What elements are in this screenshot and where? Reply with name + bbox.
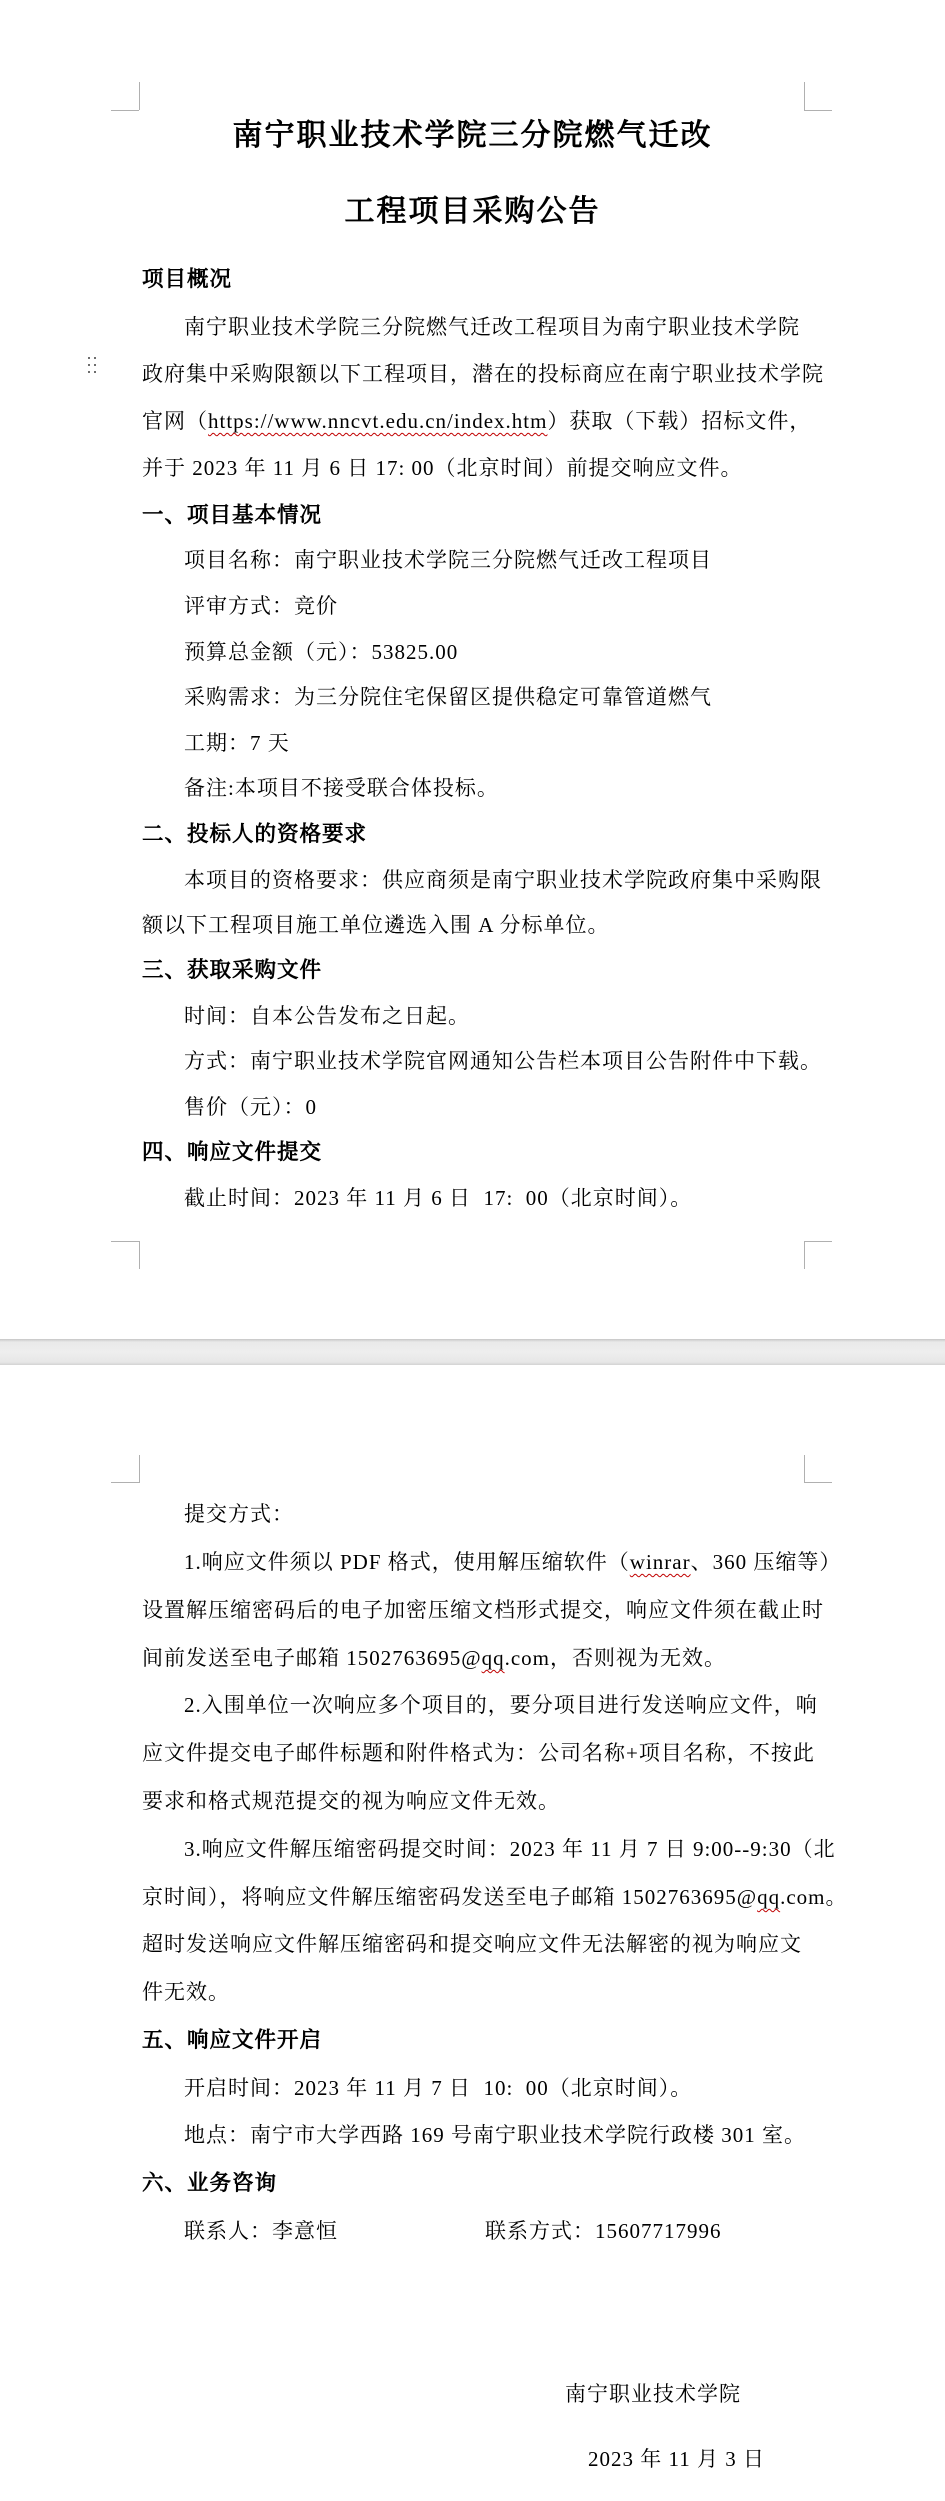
body-line: 应文件提交电子邮件标题和附件格式为：公司名称+项目名称，不按此 — [142, 1739, 815, 1767]
body-line: 并于 2023 年 11 月 6 日 17: 00（北京时间）前提交响应文件。 — [142, 454, 743, 482]
section-heading-overview: 项目概况 — [142, 265, 232, 293]
margin-corner-mark — [804, 82, 805, 110]
body-line: 超时发送响应文件解压缩密码和提交响应文件无法解密的视为响应文 — [142, 1930, 802, 1958]
body-line: 南宁职业技术学院三分院燃气迁改工程项目为南宁职业技术学院 — [184, 313, 800, 341]
margin-corner-mark — [111, 1241, 139, 1242]
item-procurement-demand: 采购需求：为三分院住宅保留区提供稳定可靠管道燃气 — [184, 683, 712, 711]
body-line: 本项目的资格要求：供应商须是南宁职业技术学院政府集中采购限 — [184, 866, 822, 894]
margin-corner-mark — [139, 1455, 140, 1483]
submit-method-label: 提交方式： — [184, 1500, 294, 1528]
doc-title-line1: 南宁职业技术学院三分院燃气迁改 — [0, 122, 945, 150]
margin-corner-mark — [804, 1455, 805, 1483]
margin-corner-mark — [804, 1241, 805, 1269]
paragraph-drag-handle-icon[interactable] — [88, 357, 96, 373]
text-segment: 1.响应文件须以 PDF 格式，使用解压缩软件（ — [184, 1550, 630, 1574]
body-line: 1.响应文件须以 PDF 格式，使用解压缩软件（winrar、360 压缩等） — [184, 1548, 841, 1576]
section-heading-4: 四、响应文件提交 — [142, 1138, 322, 1166]
item-open-time: 开启时间：2023 年 11 月 7 日 10: 00（北京时间）。 — [184, 2074, 692, 2102]
text-segment: .com，否则视为无效。 — [505, 1646, 726, 1670]
item-location: 地点：南宁市大学西路 169 号南宁职业技术学院行政楼 301 室。 — [184, 2121, 806, 2149]
section-heading-1: 一、项目基本情况 — [142, 501, 322, 529]
body-line: 3.响应文件解压缩密码提交时间：2023 年 11 月 7 日 9:00--9:… — [184, 1835, 836, 1863]
document-viewport: 南宁职业技术学院三分院燃气迁改 工程项目采购公告 项目概况 南宁职业技术学院三分… — [0, 0, 945, 2501]
text-segment: 间前发送至电子邮箱 1502763695@ — [142, 1646, 482, 1670]
section-heading-3: 三、获取采购文件 — [142, 956, 322, 984]
url-text: https://www.nncvt.edu.cn/index.htm — [208, 409, 547, 433]
item-review-method: 评审方式：竞价 — [184, 592, 338, 620]
body-line: 京时间），将响应文件解压缩密码发送至电子邮箱 1502763695@qq.com… — [142, 1883, 848, 1911]
text-segment: 、360 压缩等） — [691, 1550, 842, 1574]
section-heading-2: 二、投标人的资格要求 — [142, 820, 367, 848]
margin-corner-mark — [804, 1482, 832, 1483]
contact-person: 联系人：李意恒 — [184, 2217, 338, 2245]
body-line: 件无效。 — [142, 1978, 230, 2006]
spellcheck-word: winrar — [630, 1550, 691, 1574]
section-heading-6: 六、业务咨询 — [142, 2169, 277, 2197]
body-line: 设置解压缩密码后的电子加密压缩文档形式提交，响应文件须在截止时 — [142, 1596, 824, 1624]
doc-title-line2: 工程项目采购公告 — [0, 198, 945, 226]
section-heading-5: 五、响应文件开启 — [142, 2026, 322, 2054]
signature-org: 南宁职业技术学院 — [565, 2380, 741, 2408]
margin-corner-mark — [804, 1241, 832, 1242]
item-duration: 工期：7 天 — [184, 729, 290, 757]
item-time: 时间：自本公告发布之日起。 — [184, 1002, 470, 1030]
margin-corner-mark — [111, 1482, 139, 1483]
body-line: 官网（https://www.nncvt.edu.cn/index.htm）获取… — [142, 407, 811, 435]
item-price: 售价（元）：0 — [184, 1093, 317, 1121]
body-line: 政府集中采购限额以下工程项目，潜在的投标商应在南宁职业技术学院 — [142, 360, 824, 388]
margin-corner-mark — [111, 110, 139, 111]
spellcheck-word: qq — [757, 1885, 780, 1909]
item-budget: 预算总金额（元）：53825.00 — [184, 638, 458, 666]
item-remark: 备注:本项目不接受联合体投标。 — [184, 774, 499, 802]
page-separator — [0, 1339, 945, 1365]
body-line: 间前发送至电子邮箱 1502763695@qq.com，否则视为无效。 — [142, 1644, 726, 1672]
item-project-name: 项目名称：南宁职业技术学院三分院燃气迁改工程项目 — [184, 546, 712, 574]
text-segment: 京时间），将响应文件解压缩密码发送至电子邮箱 1502763695@ — [142, 1885, 757, 1909]
text-segment: ）获取（下载）招标文件， — [547, 409, 811, 433]
contact-phone: 联系方式：15607717996 — [485, 2217, 722, 2245]
text-segment: .com。 — [780, 1885, 847, 1909]
margin-corner-mark — [139, 82, 140, 110]
spellcheck-word: qq — [482, 1646, 505, 1670]
margin-corner-mark — [804, 110, 832, 111]
item-deadline: 截止时间：2023 年 11 月 6 日 17: 00（北京时间）。 — [184, 1184, 692, 1212]
margin-corner-mark — [139, 1241, 140, 1269]
signature-date: 2023 年 11 月 3 日 — [588, 2445, 765, 2473]
body-line: 2.入围单位一次响应多个项目的，要分项目进行发送响应文件，响 — [184, 1691, 818, 1719]
body-line: 额以下工程项目施工单位遴选入围 A 分标单位。 — [142, 911, 610, 939]
body-line: 要求和格式规范提交的视为响应文件无效。 — [142, 1787, 560, 1815]
item-method: 方式：南宁职业技术学院官网通知公告栏本项目公告附件中下载。 — [184, 1047, 822, 1075]
text-segment: 官网（ — [142, 409, 208, 433]
